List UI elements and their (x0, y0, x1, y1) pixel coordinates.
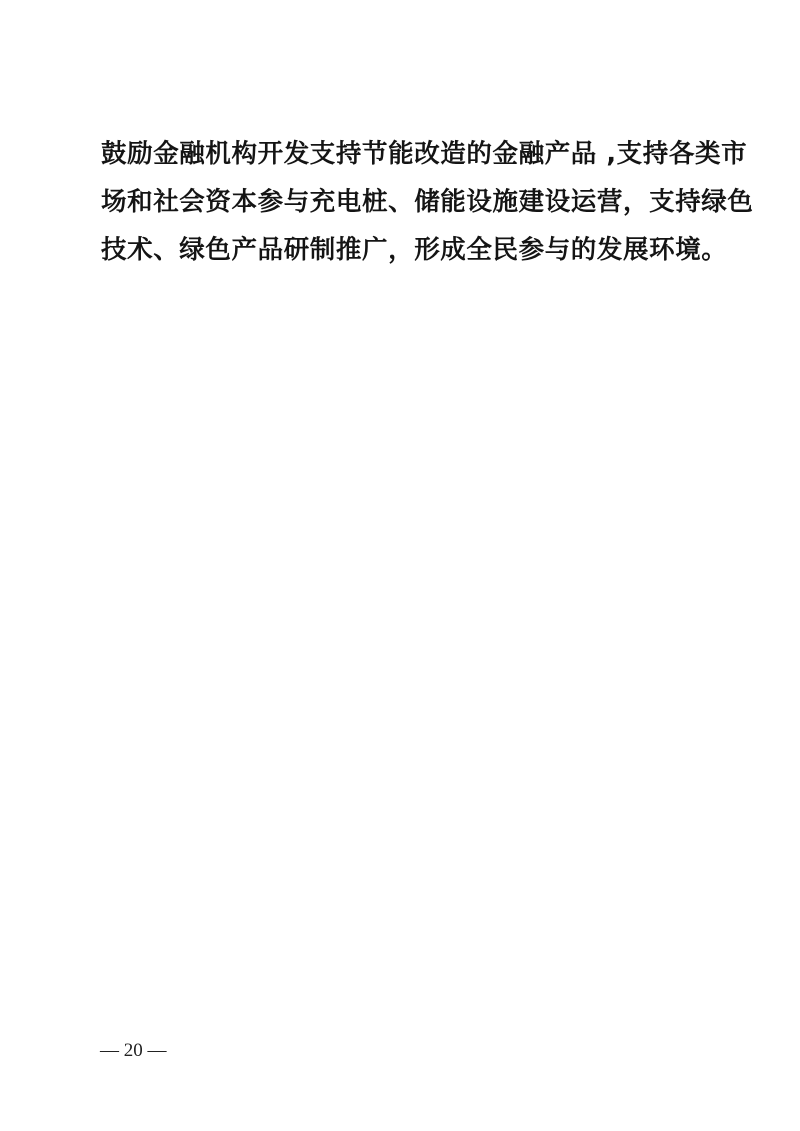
paragraph-line: 场和社会资本参与充电桩、储能设施建设运营，支持绿色 (101, 178, 711, 226)
body-paragraph: 鼓励金融机构开发支持节能改造的金融产品 ,支持各类市 场和社会资本参与充电桩、储… (101, 130, 711, 274)
paragraph-line: 技术、绿色产品研制推广，形成全民参与的发展环境。 (101, 226, 711, 274)
paragraph-line: 鼓励金融机构开发支持节能改造的金融产品 ,支持各类市 (101, 130, 711, 178)
page-number: — 20 — (100, 1040, 167, 1062)
document-page: 鼓励金融机构开发支持节能改造的金融产品 ,支持各类市 场和社会资本参与充电桩、储… (0, 0, 800, 1131)
